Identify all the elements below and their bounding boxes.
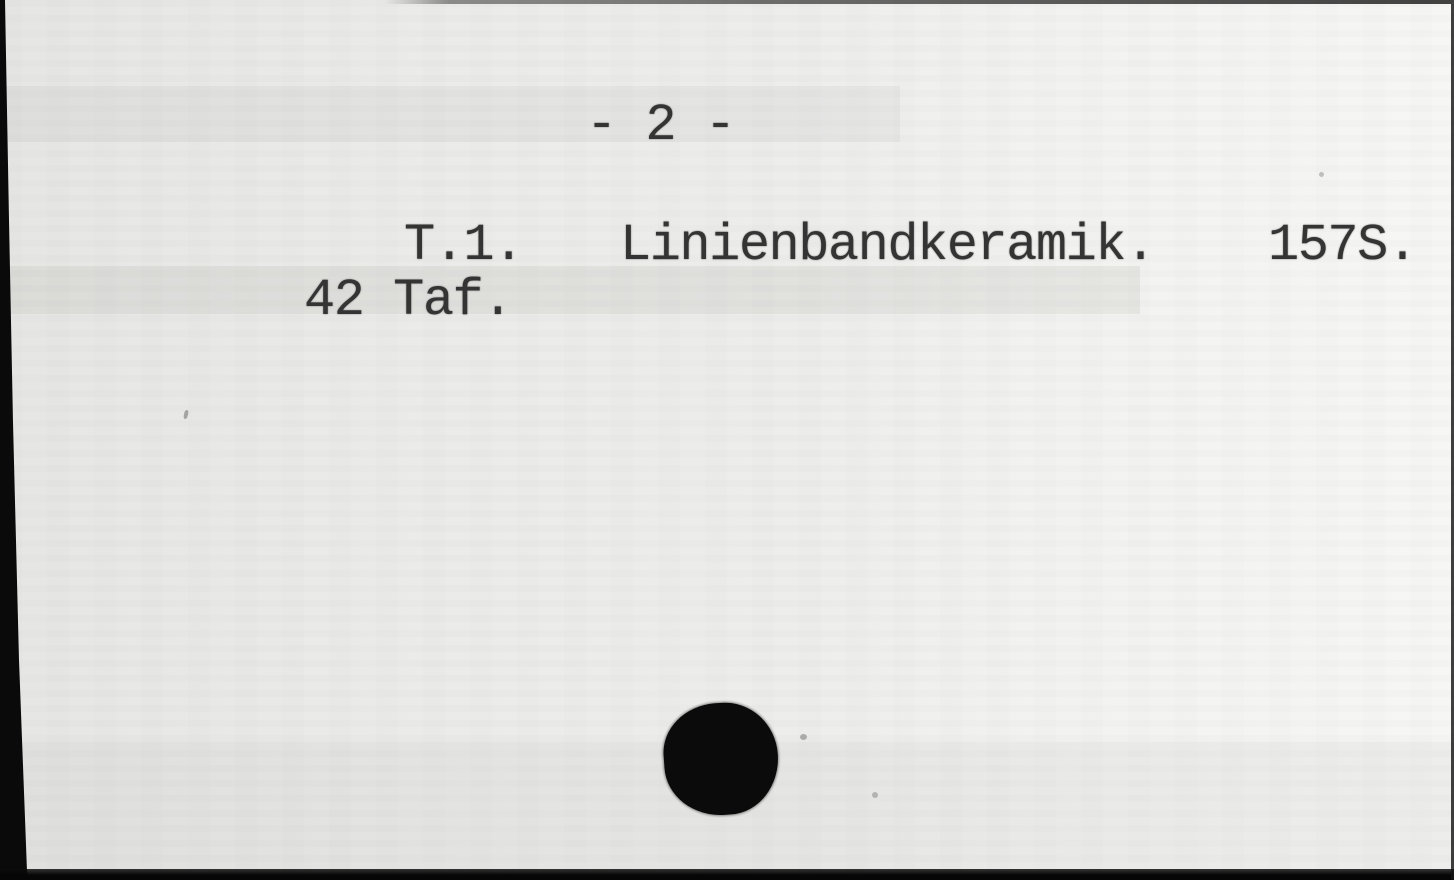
scan-speck — [1319, 172, 1324, 177]
entry-volume: T.1. — [404, 220, 523, 272]
scan-speck — [183, 410, 189, 420]
scan-edge-top — [385, 0, 1454, 4]
scan-speck — [800, 734, 807, 740]
scan-edge-bottom — [0, 869, 1454, 880]
scan-speck — [872, 792, 878, 798]
punch-hole-mark — [660, 699, 782, 819]
page-number: - 2 - — [586, 100, 735, 152]
entry-plate-count: 42 Taf. — [304, 275, 512, 327]
scanned-document-page: - 2 - T.1. Linienbandkeramik. 157S. 42 T… — [0, 0, 1454, 880]
entry-page-count: 157S. — [1268, 220, 1417, 272]
entry-title: Linienbandkeramik. — [620, 220, 1155, 272]
scan-streak — [0, 86, 900, 142]
scan-edge-left — [0, 0, 30, 880]
